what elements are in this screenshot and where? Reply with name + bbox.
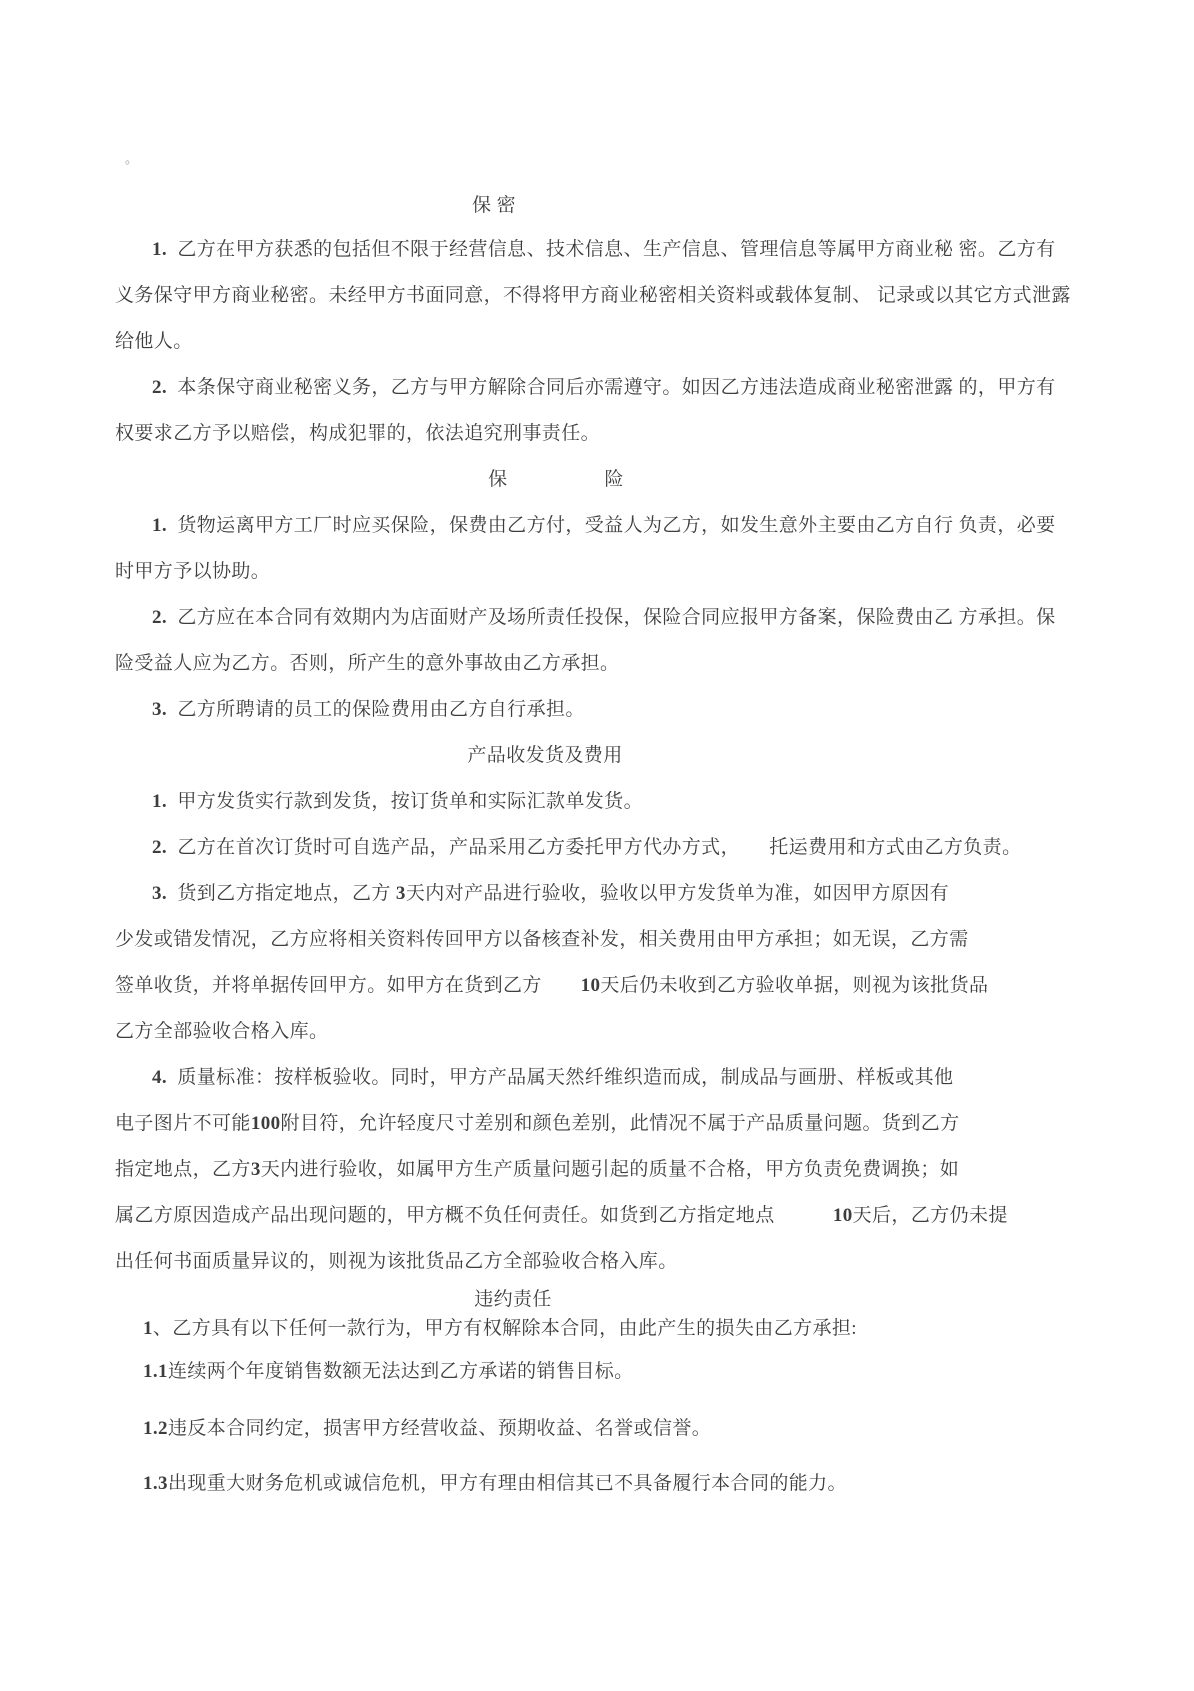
contract-text-line: 1.1连续两个年度销售数额无法达到乙方承诺的销售目标。 xyxy=(115,1343,1085,1401)
contract-text-line: 给他人。 xyxy=(115,319,1085,365)
contract-text-line: 出任何书面质量异议的，则视为该批货品乙方全部验收合格入库。 xyxy=(115,1239,1085,1285)
contract-text-line: 1、乙方具有以下任何一款行为，甲方有权解除本合同，由此产生的损失由乙方承担: xyxy=(115,1315,1085,1343)
contract-text-line: 1. 甲方发货实行款到发货，按订货单和实际汇款单发货。 xyxy=(115,779,1085,825)
contract-text-line: 指定地点，乙方3天内进行验收，如属甲方生产质量问题引起的质量不合格，甲方负责免费… xyxy=(115,1147,1085,1193)
contract-text-line: 1.2违反本合同约定，损害甲方经营收益、预期收益、名誉或信誉。 xyxy=(115,1401,1085,1456)
contract-document-page: 。 保 密 1. 乙方在甲方获悉的包括但不限于经营信息、技术信息、生产信息、管理… xyxy=(0,0,1194,1691)
contract-text-line: 少发或错发情况，乙方应将相关资料传回甲方以备核查补发，相关费用由甲方承担；如无误… xyxy=(115,917,1085,963)
contract-text-line: 3. 货到乙方指定地点，乙方 3天内对产品进行验收，验收以甲方发货单为准，如因甲… xyxy=(115,871,1085,917)
contract-text-line: 3. 乙方所聘请的员工的保险费用由乙方自行承担。 xyxy=(115,687,1085,733)
contract-text-line: 乙方全部验收合格入库。 xyxy=(115,1009,1085,1055)
contract-text-line: 属乙方原因造成产品出现问题的，甲方概不负任何责任。如货到乙方指定地点 10天后，… xyxy=(115,1193,1085,1239)
contract-text-line: 1.3出现重大财务危机或诚信危机，甲方有理由相信其已不具备履行本合同的能力。 xyxy=(115,1456,1085,1511)
contract-text-line: 2. 乙方在首次订货时可自选产品，产品采用乙方委托甲方代办方式， 托运费用和方式… xyxy=(115,825,1085,871)
heading-shipping: 产品收发货及费用 xyxy=(115,733,1085,779)
contract-text-line: 权要求乙方予以赔偿，构成犯罪的，依法追究刑事责任。 xyxy=(115,411,1085,457)
heading-insurance: 保 险 xyxy=(115,457,1085,503)
stray-period: 。 xyxy=(115,132,1085,185)
contract-text-line: 1. 乙方在甲方获悉的包括但不限于经营信息、技术信息、生产信息、管理信息等属甲方… xyxy=(115,227,1085,273)
contract-text-line: 时甲方予以协助。 xyxy=(115,549,1085,595)
contract-body: 。 保 密 1. 乙方在甲方获悉的包括但不限于经营信息、技术信息、生产信息、管理… xyxy=(115,132,1085,1511)
contract-text-line: 2. 本条保守商业秘密义务，乙方与甲方解除合同后亦需遵守。如因乙方违法造成商业秘… xyxy=(115,365,1085,411)
contract-text-line: 2. 乙方应在本合同有效期内为店面财产及场所责任投保，保险合同应报甲方备案，保险… xyxy=(115,595,1085,641)
contract-text-line: 险受益人应为乙方。否则，所产生的意外事故由乙方承担。 xyxy=(115,641,1085,687)
contract-text-line: 电子图片不可能100附目符，允许轻度尺寸差别和颜色差别，此情况不属于产品质量问题… xyxy=(115,1101,1085,1147)
contract-text-line: 1. 货物运离甲方工厂时应买保险，保费由乙方付，受益人为乙方，如发生意外主要由乙… xyxy=(115,503,1085,549)
heading-breach: 违约责任 xyxy=(115,1285,1085,1315)
contract-text-line: 义务保守甲方商业秘密。未经甲方书面同意，不得将甲方商业秘密相关资料或载体复制、 … xyxy=(115,273,1085,319)
contract-text-line: 签单收货，并将单据传回甲方。如甲方在货到乙方 10天后仍未收到乙方验收单据，则视… xyxy=(115,963,1085,1009)
heading-confidentiality: 保 密 xyxy=(115,185,1085,227)
contract-text-line: 4. 质量标准：按样板验收。同时，甲方产品属天然纤维织造而成，制成品与画册、样板… xyxy=(115,1055,1085,1101)
